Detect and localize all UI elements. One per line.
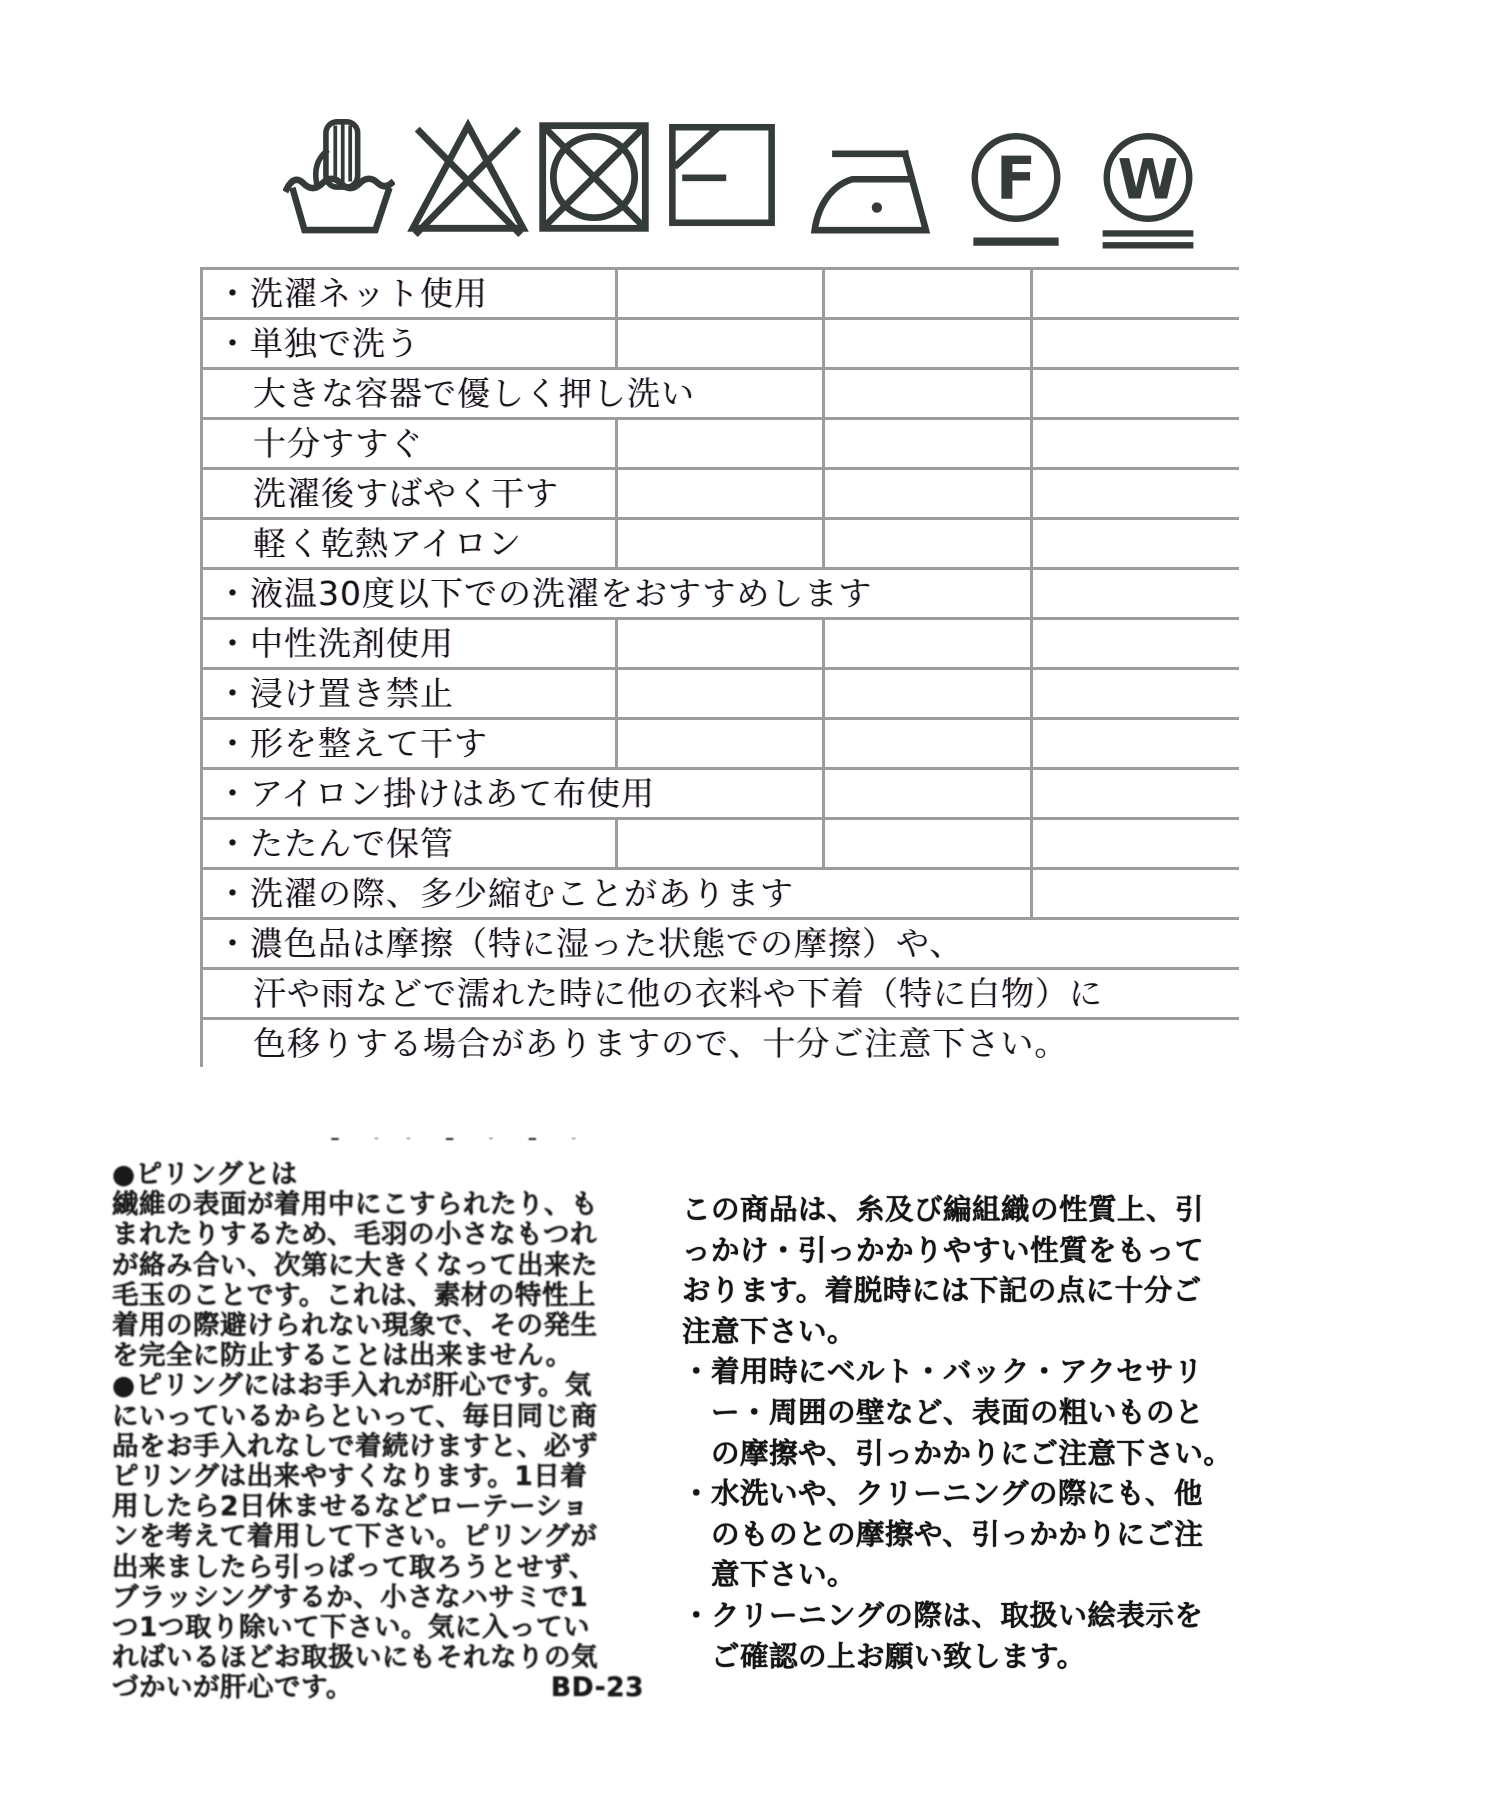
text-line: 意下さい。 <box>682 1555 1262 1596</box>
empty-cell <box>618 820 825 870</box>
text-line: 着用の際避けられない現象で、その発生 <box>112 1311 644 1341</box>
iron-low-one-dot-icon <box>809 132 941 251</box>
care-instruction-text: ・形を整えて干す <box>203 720 618 770</box>
care-instruction-text: ・液温30度以下での洗濯をおすすめします <box>203 570 1033 620</box>
table-row: ・濃色品は摩擦（特に湿った状態での摩擦）や、 <box>203 920 1239 970</box>
table-row: 汗や雨などで濡れた時に他の衣料や下着（特に白物）に <box>203 970 1239 1020</box>
snagging-note-lines: この商品は、糸及び編組織の性質上、引っかけ・引っかかりやすい性質をもっております… <box>682 1190 1262 1677</box>
text-line: ●ピリングにはお手入れが肝心です。気 <box>112 1371 644 1401</box>
text-line: ピリングは出来やすくなります。1日着 <box>112 1462 644 1492</box>
empty-cell <box>1033 520 1239 570</box>
hand-wash-icon <box>283 116 395 234</box>
care-instruction-text: ・浸け置き禁止 <box>203 670 618 720</box>
empty-cell <box>1033 320 1239 370</box>
care-instruction-text: 洗濯後すばやく干す <box>203 470 618 520</box>
text-line: つ1つ取り除いて下さい。気に入ってい <box>112 1613 644 1643</box>
text-line: 用したら2日休ませるなどローテーショ <box>112 1492 644 1522</box>
empty-cell <box>1033 270 1239 320</box>
table-row: ・たたんで保管 <box>203 820 1239 870</box>
text-line: を完全に防止することは出来ません。 <box>112 1341 644 1371</box>
empty-cell <box>825 820 1033 870</box>
empty-cell <box>1033 820 1239 870</box>
empty-cell <box>618 520 825 570</box>
empty-cell <box>1033 720 1239 770</box>
care-instruction-text: 十分すすぐ <box>203 420 618 470</box>
table-row: ・洗濯ネット使用 <box>203 270 1239 320</box>
text-line: 注意下さい。 <box>682 1312 1262 1353</box>
empty-cell <box>825 470 1033 520</box>
text-line: のものとの摩擦や、引っかかりにご注 <box>682 1515 1262 1556</box>
snagging-note: この商品は、糸及び編組織の性質上、引っかけ・引っかかりやすい性質をもっております… <box>682 1190 1262 1677</box>
care-instruction-text: ・中性洗剤使用 <box>203 620 618 670</box>
empty-cell <box>825 670 1033 720</box>
table-row: 洗濯後すばやく干す <box>203 470 1239 520</box>
empty-cell <box>825 720 1033 770</box>
empty-cell <box>825 770 1033 820</box>
text-line: ンを考えて着用して下さい。ピリングが <box>112 1522 644 1552</box>
care-symbols-row: F W <box>283 116 1203 251</box>
empty-cell <box>618 470 825 520</box>
care-instruction-text: ・アイロン掛けはあて布使用 <box>203 770 825 820</box>
empty-cell <box>1033 620 1239 670</box>
empty-cell <box>1033 870 1239 920</box>
text-line: ブラッシングするか、小さなハサミで1 <box>112 1583 644 1613</box>
care-instruction-text: 大きな容器で優しく押し洗い <box>203 370 825 420</box>
care-instruction-text: ・単独で洗う <box>203 320 618 370</box>
table-row: 軽く乾熱アイロン <box>203 520 1239 570</box>
table-row: 色移りする場合がありますので、十分ご注意下さい。 <box>203 1020 1239 1067</box>
empty-cell <box>618 320 825 370</box>
text-line: おります。着脱時には下記の点に十分ご <box>682 1271 1262 1312</box>
table-row: ・単独で洗う <box>203 320 1239 370</box>
empty-cell <box>1033 570 1239 620</box>
table-row: 大きな容器で優しく押し洗い <box>203 370 1239 420</box>
wet-clean-icon: W <box>1093 128 1203 249</box>
table-row: ・洗濯の際、多少縮むことがあります <box>203 870 1239 920</box>
care-instruction-text: 軽く乾熱アイロン <box>203 520 618 570</box>
dry-clean-letter: F <box>996 145 1036 213</box>
text-line: ・水洗いや、クリーニングの際にも、他 <box>682 1474 1262 1515</box>
empty-cell <box>825 370 1033 420</box>
text-line: っかけ・引っかかりやすい性質をもって <box>682 1231 1262 1272</box>
text-line: 毛玉のことです。これは、素材の特性上 <box>112 1281 644 1311</box>
do-not-tumble-dry-icon <box>533 116 655 238</box>
care-instruction-text: ・洗濯ネット使用 <box>203 270 618 320</box>
empty-cell <box>1033 420 1239 470</box>
empty-cell <box>825 520 1033 570</box>
empty-cell <box>618 270 825 320</box>
text-line: まれたりするため、毛羽の小さなもつれ <box>112 1220 644 1250</box>
table-row: ・アイロン掛けはあて布使用 <box>203 770 1239 820</box>
text-line: ればいるほどお取扱いにもそれなりの気 <box>112 1643 644 1673</box>
pilling-note-last-line: づかいが肝心です。 BD-23 <box>112 1673 644 1703</box>
text-line: にいっているからといって、毎日同じ商 <box>112 1402 644 1432</box>
care-instructions-table: ・洗濯ネット使用・単独で洗う大きな容器で優しく押し洗い十分すすぐ洗濯後すばやく干… <box>200 267 1239 1067</box>
garment-care-label-scan: F W ・洗濯ネット使用・単独で洗う大きな容器で優しく押し洗い十分すすぐ洗濯後す… <box>0 0 1500 1800</box>
empty-cell <box>1033 370 1239 420</box>
care-instruction-text: 色移りする場合がありますので、十分ご注意下さい。 <box>203 1020 1239 1067</box>
pilling-note-lines: ●ピリングとは繊維の表面が着用中にこすられたり、もまれたりするため、毛羽の小さな… <box>112 1160 644 1673</box>
empty-cell <box>618 670 825 720</box>
text-line: 品をお手入れなしで着続けますと、必ず <box>112 1432 644 1462</box>
text-line: ご確認の上お願い致します。 <box>682 1637 1262 1678</box>
empty-cell <box>825 420 1033 470</box>
text-line: ー・周囲の壁など、表面の粗いものと <box>682 1393 1262 1434</box>
empty-cell <box>1033 770 1239 820</box>
table-row: ・浸け置き禁止 <box>203 670 1239 720</box>
flat-dry-in-shade-icon <box>663 116 781 234</box>
text-line: 出来ましたら引っぱって取ろうとせず、 <box>112 1553 644 1583</box>
empty-cell <box>1033 670 1239 720</box>
text-line: が絡み合い、次第に大きくなって出来た <box>112 1251 644 1281</box>
empty-cell <box>618 720 825 770</box>
care-instruction-text: 汗や雨などで濡れた時に他の衣料や下着（特に白物）に <box>203 970 1239 1020</box>
dry-clean-petroleum-icon: F <box>961 128 1071 249</box>
pilling-note: ●ピリングとは繊維の表面が着用中にこすられたり、もまれたりするため、毛羽の小さな… <box>112 1160 644 1704</box>
table-row: ・形を整えて干す <box>203 720 1239 770</box>
text-line: この商品は、糸及び編組織の性質上、引 <box>682 1190 1262 1231</box>
text-line: ・クリーニングの際は、取扱い絵表示を <box>682 1596 1262 1637</box>
empty-cell <box>825 270 1033 320</box>
pilling-note-last-text: づかいが肝心です。 <box>112 1673 353 1703</box>
table-row: 十分すすぐ <box>203 420 1239 470</box>
text-line: 繊維の表面が着用中にこすられたり、も <box>112 1190 644 1220</box>
table-row: ・液温30度以下での洗濯をおすすめします <box>203 570 1239 620</box>
cut-off-text-fragment: ‐ ・・ ‐ ・ ‐ ・ <box>330 1138 640 1151</box>
empty-cell <box>618 620 825 670</box>
text-line: ・着用時にベルト・バック・アクセサリ <box>682 1352 1262 1393</box>
cut-off-text: ‐ ・・ ‐ ・ ‐ ・ <box>330 1138 640 1149</box>
label-code: BD-23 <box>551 1673 644 1703</box>
wet-clean-letter: W <box>1118 148 1179 212</box>
care-instruction-text: ・濃色品は摩擦（特に湿った状態での摩擦）や、 <box>203 920 1239 970</box>
text-line: ●ピリングとは <box>112 1160 644 1190</box>
text-line: の摩擦や、引っかかりにご注意下さい。 <box>682 1434 1262 1475</box>
table-row: ・中性洗剤使用 <box>203 620 1239 670</box>
empty-cell <box>618 420 825 470</box>
empty-cell <box>825 620 1033 670</box>
do-not-bleach-icon <box>405 116 531 238</box>
care-instruction-text: ・たたんで保管 <box>203 820 618 870</box>
empty-cell <box>1033 470 1239 520</box>
empty-cell <box>825 320 1033 370</box>
care-instruction-text: ・洗濯の際、多少縮むことがあります <box>203 870 1033 920</box>
